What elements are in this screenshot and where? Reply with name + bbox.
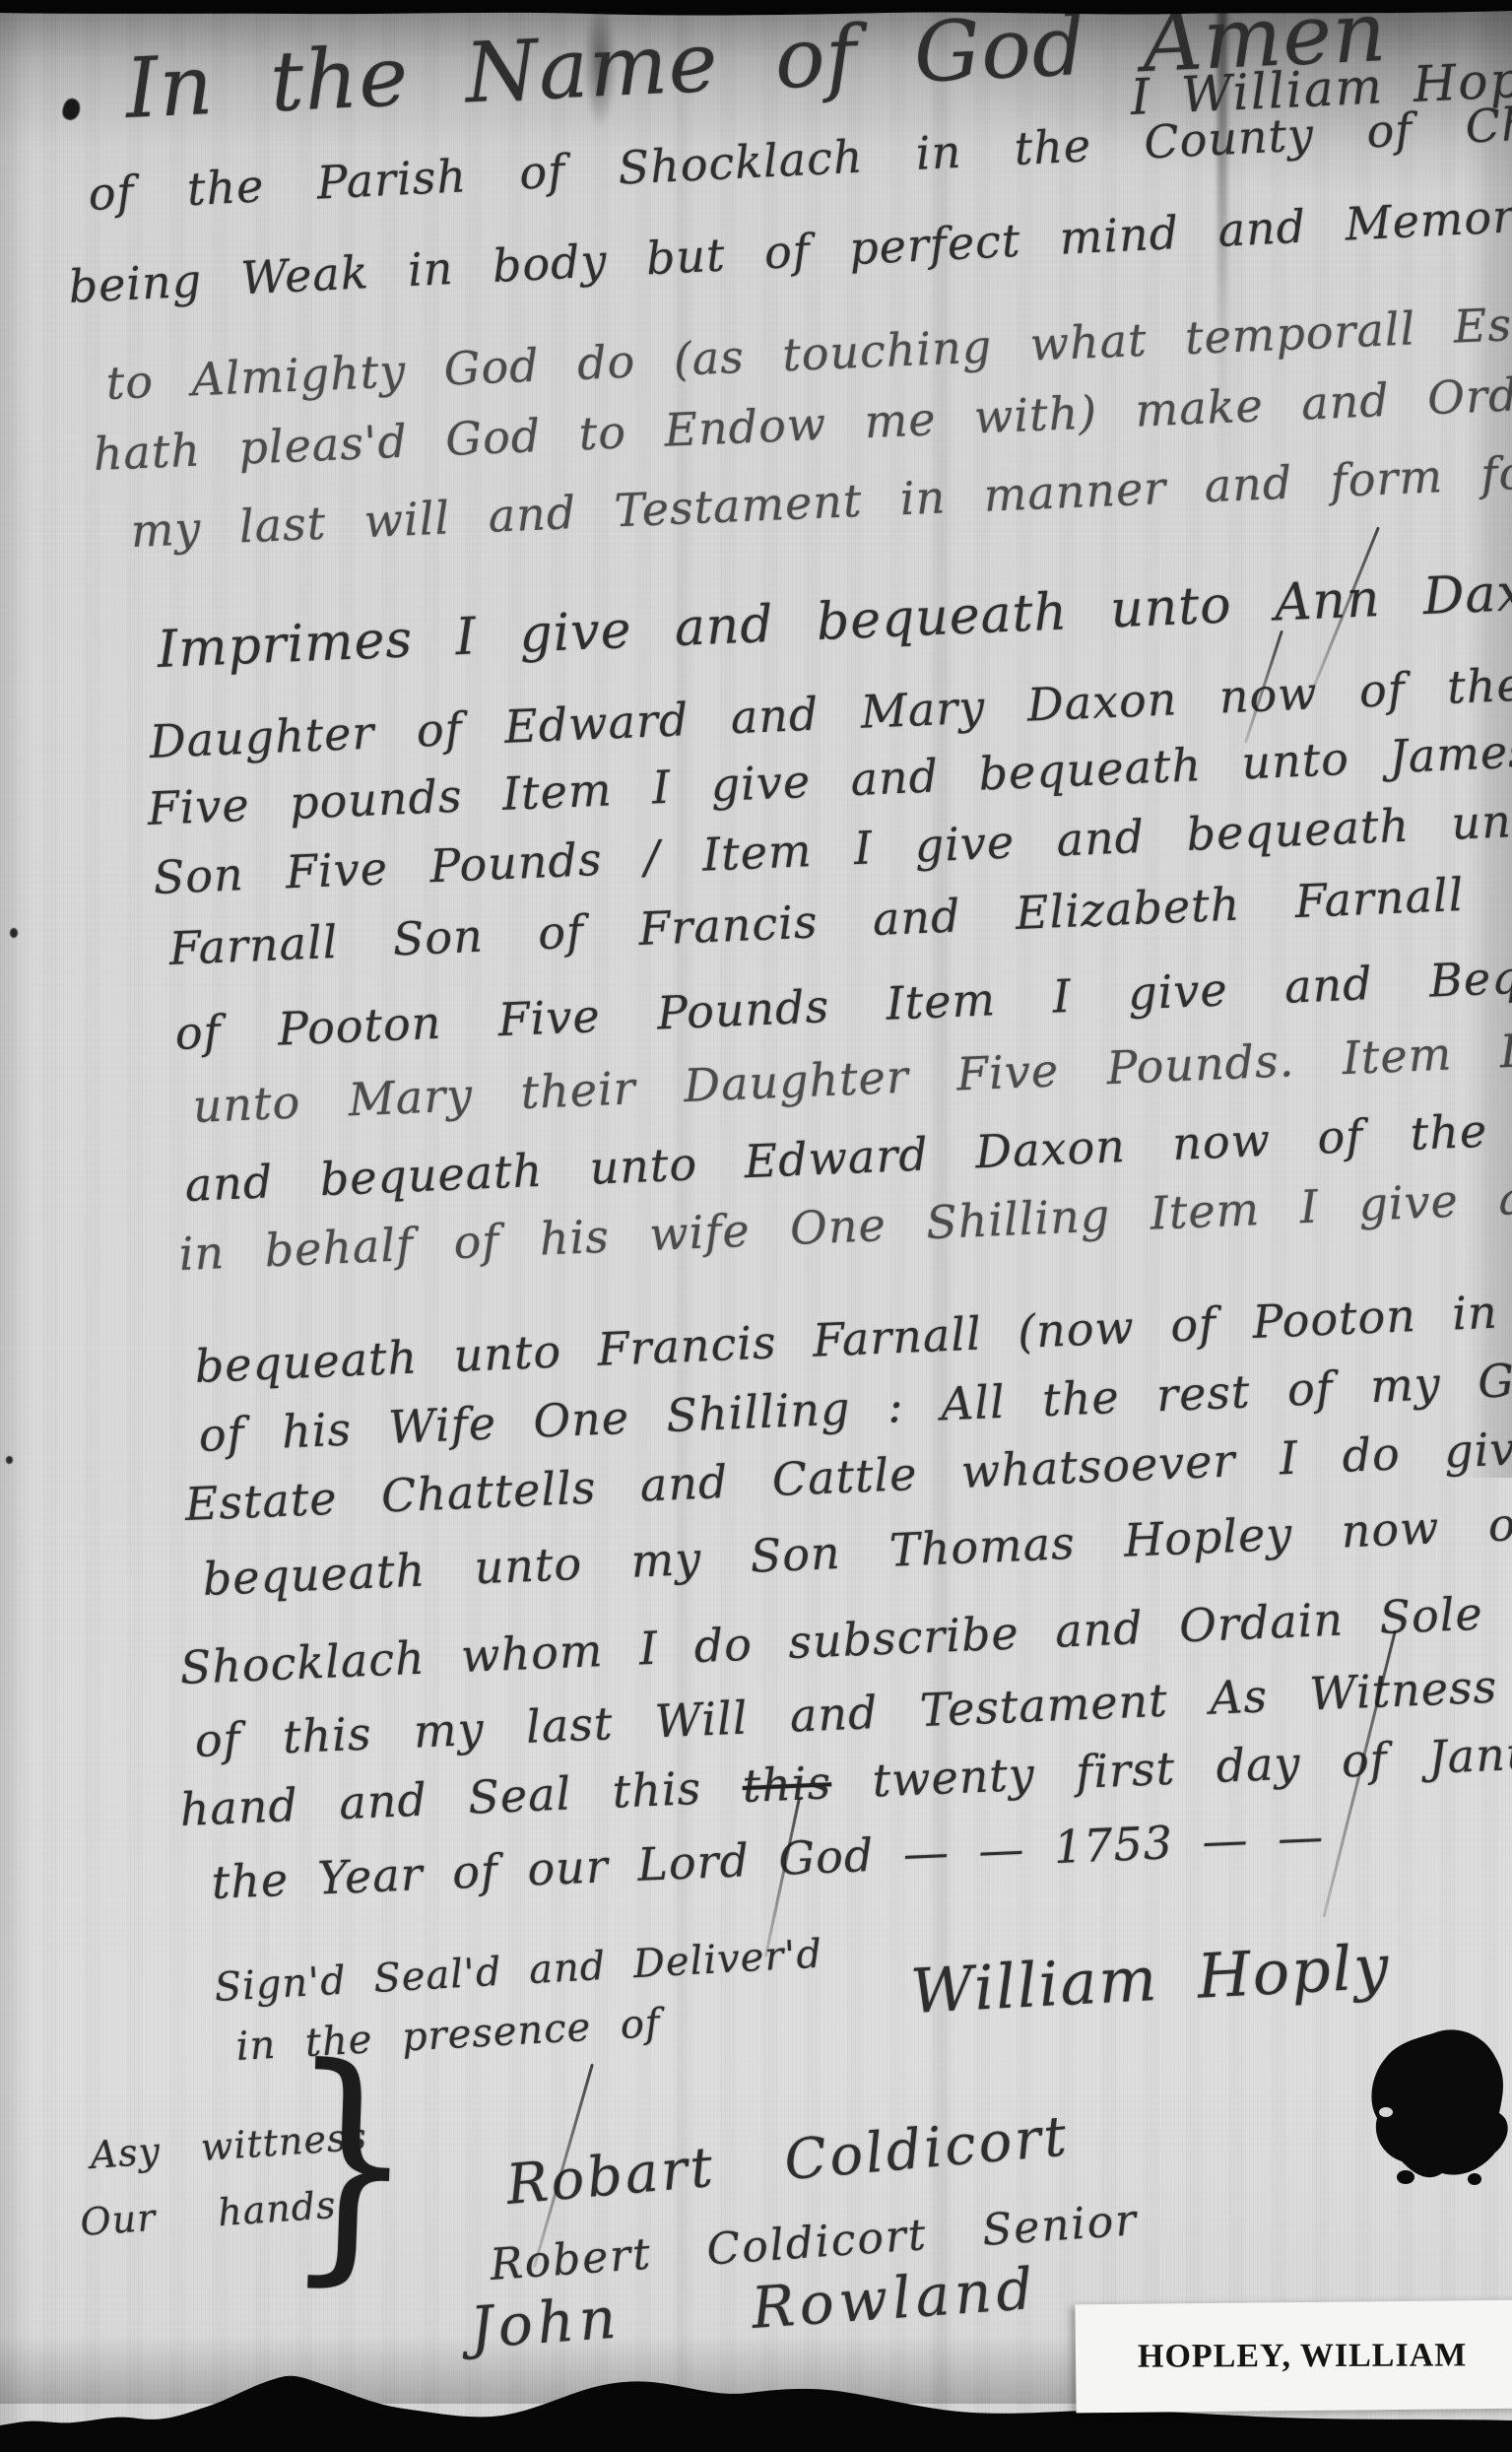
- will-text-line: Imprimes I give and bequeath unto Ann Da…: [157, 563, 1512, 679]
- archive-label-text: HOPLEY, WILLIAM: [1138, 2337, 1467, 2375]
- witness-signature: Robart Coldicort: [504, 2106, 1072, 2216]
- archive-label-card: HOPLEY, WILLIAM: [1075, 2300, 1512, 2414]
- ink-dot: [60, 97, 83, 122]
- testator-signature: William Hoply: [909, 1934, 1392, 2026]
- wax-seal: [1364, 2021, 1512, 2194]
- manuscript-page: In the Name of God Amen I William Hopley…: [0, 0, 1512, 2452]
- witness-brace: }: [283, 2054, 419, 2272]
- attestation-line: Sign'd Seal'd and Deliver'd: [214, 1933, 824, 2010]
- ink-speck: [10, 928, 18, 938]
- dateline-pre: hand and Seal this: [179, 1761, 703, 1836]
- struck-word: this: [742, 1756, 833, 1813]
- ink-speck: [6, 1456, 13, 1464]
- scan-top-edge: [0, 0, 1512, 22]
